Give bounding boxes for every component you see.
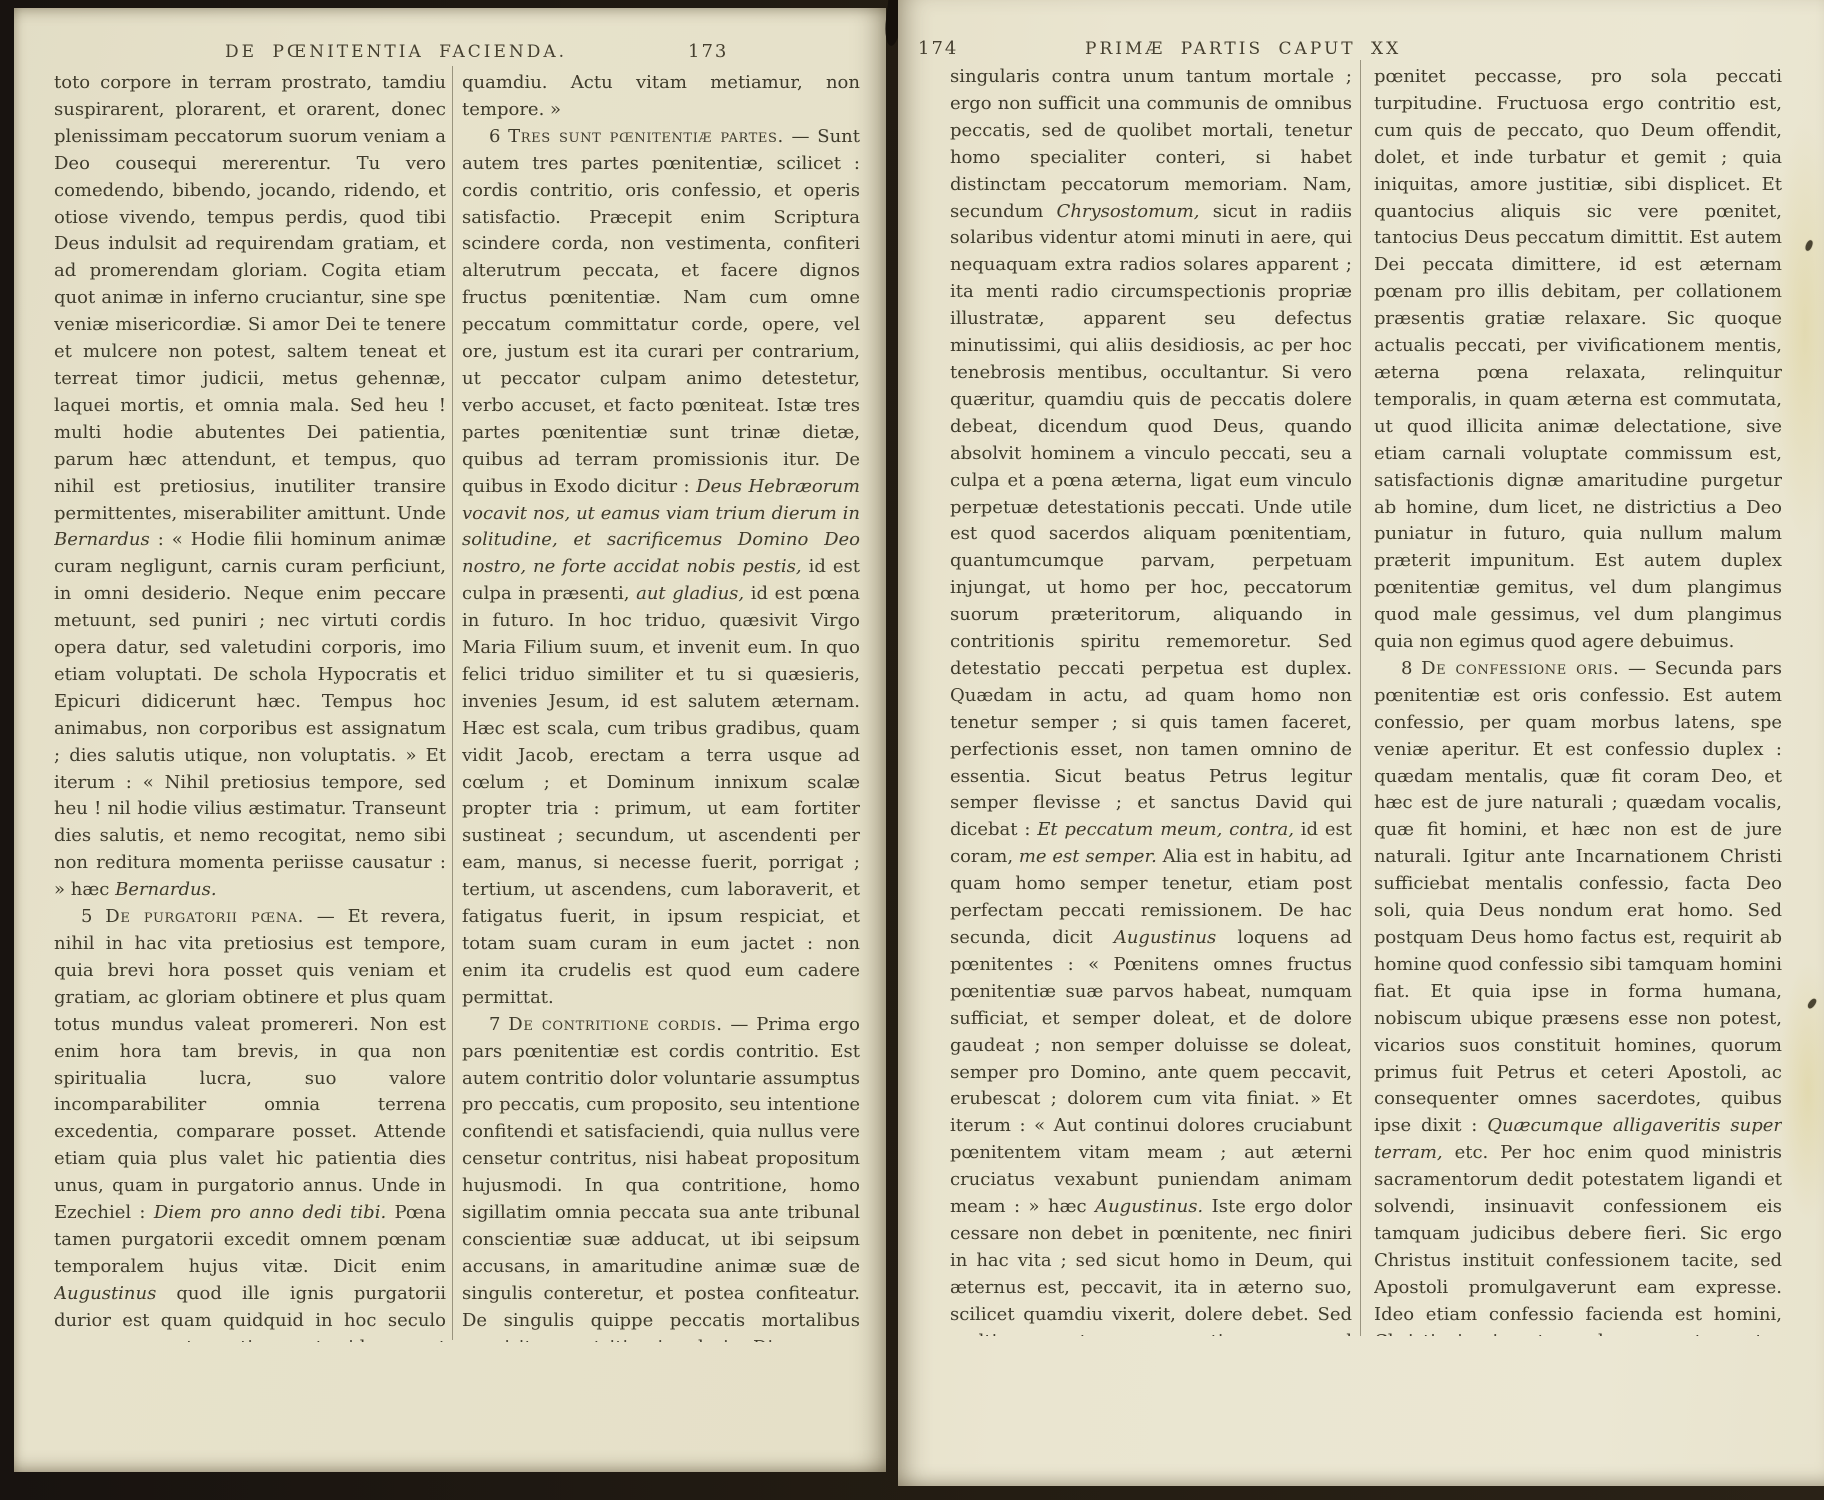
left-page-number: 173 bbox=[688, 41, 728, 62]
paragraph: quamdiu. Actu vitam metiamur, non tempor… bbox=[462, 70, 860, 124]
paragraph: singularis contra unum tantum mortale ; … bbox=[950, 64, 1352, 1336]
right-page-number: 174 bbox=[918, 38, 958, 59]
right-page: 174 PRIMÆ PARTIS CAPUT XX singularis con… bbox=[898, 0, 1824, 1486]
paragraph: 6 Tres sunt pœnitentiæ partes. — Sunt au… bbox=[462, 124, 860, 1012]
right-page-column-2: pœnitet peccasse, pro sola peccati turpi… bbox=[1374, 64, 1782, 1336]
left-page-column-1: toto corpore in terram prostrato, tamdiu… bbox=[54, 70, 446, 1342]
left-page-column-2: quamdiu. Actu vitam metiamur, non tempor… bbox=[462, 70, 860, 1342]
right-running-head: PRIMÆ PARTIS CAPUT XX bbox=[1085, 39, 1401, 59]
right-page-column-1: singularis contra unum tantum mortale ; … bbox=[950, 64, 1352, 1336]
book-scan: DE PŒNITENTIA FACIENDA. 173 toto corpore… bbox=[0, 0, 1824, 1500]
left-column-rule bbox=[452, 66, 453, 1340]
left-running-head: DE PŒNITENTIA FACIENDA. bbox=[225, 42, 567, 62]
paragraph: 8 De confessione oris. — Secunda pars pœ… bbox=[1374, 656, 1782, 1336]
paragraph: toto corpore in terram prostrato, tamdiu… bbox=[54, 70, 446, 904]
right-column-rule bbox=[1360, 60, 1361, 1336]
left-page: DE PŒNITENTIA FACIENDA. 173 toto corpore… bbox=[14, 8, 886, 1472]
paragraph: 7 De contritione cordis. — Prima ergo pa… bbox=[462, 1012, 860, 1342]
paragraph: pœnitet peccasse, pro sola peccati turpi… bbox=[1374, 64, 1782, 656]
paragraph: 5 De purgatorii pœna. — Et revera, nihil… bbox=[54, 904, 446, 1342]
